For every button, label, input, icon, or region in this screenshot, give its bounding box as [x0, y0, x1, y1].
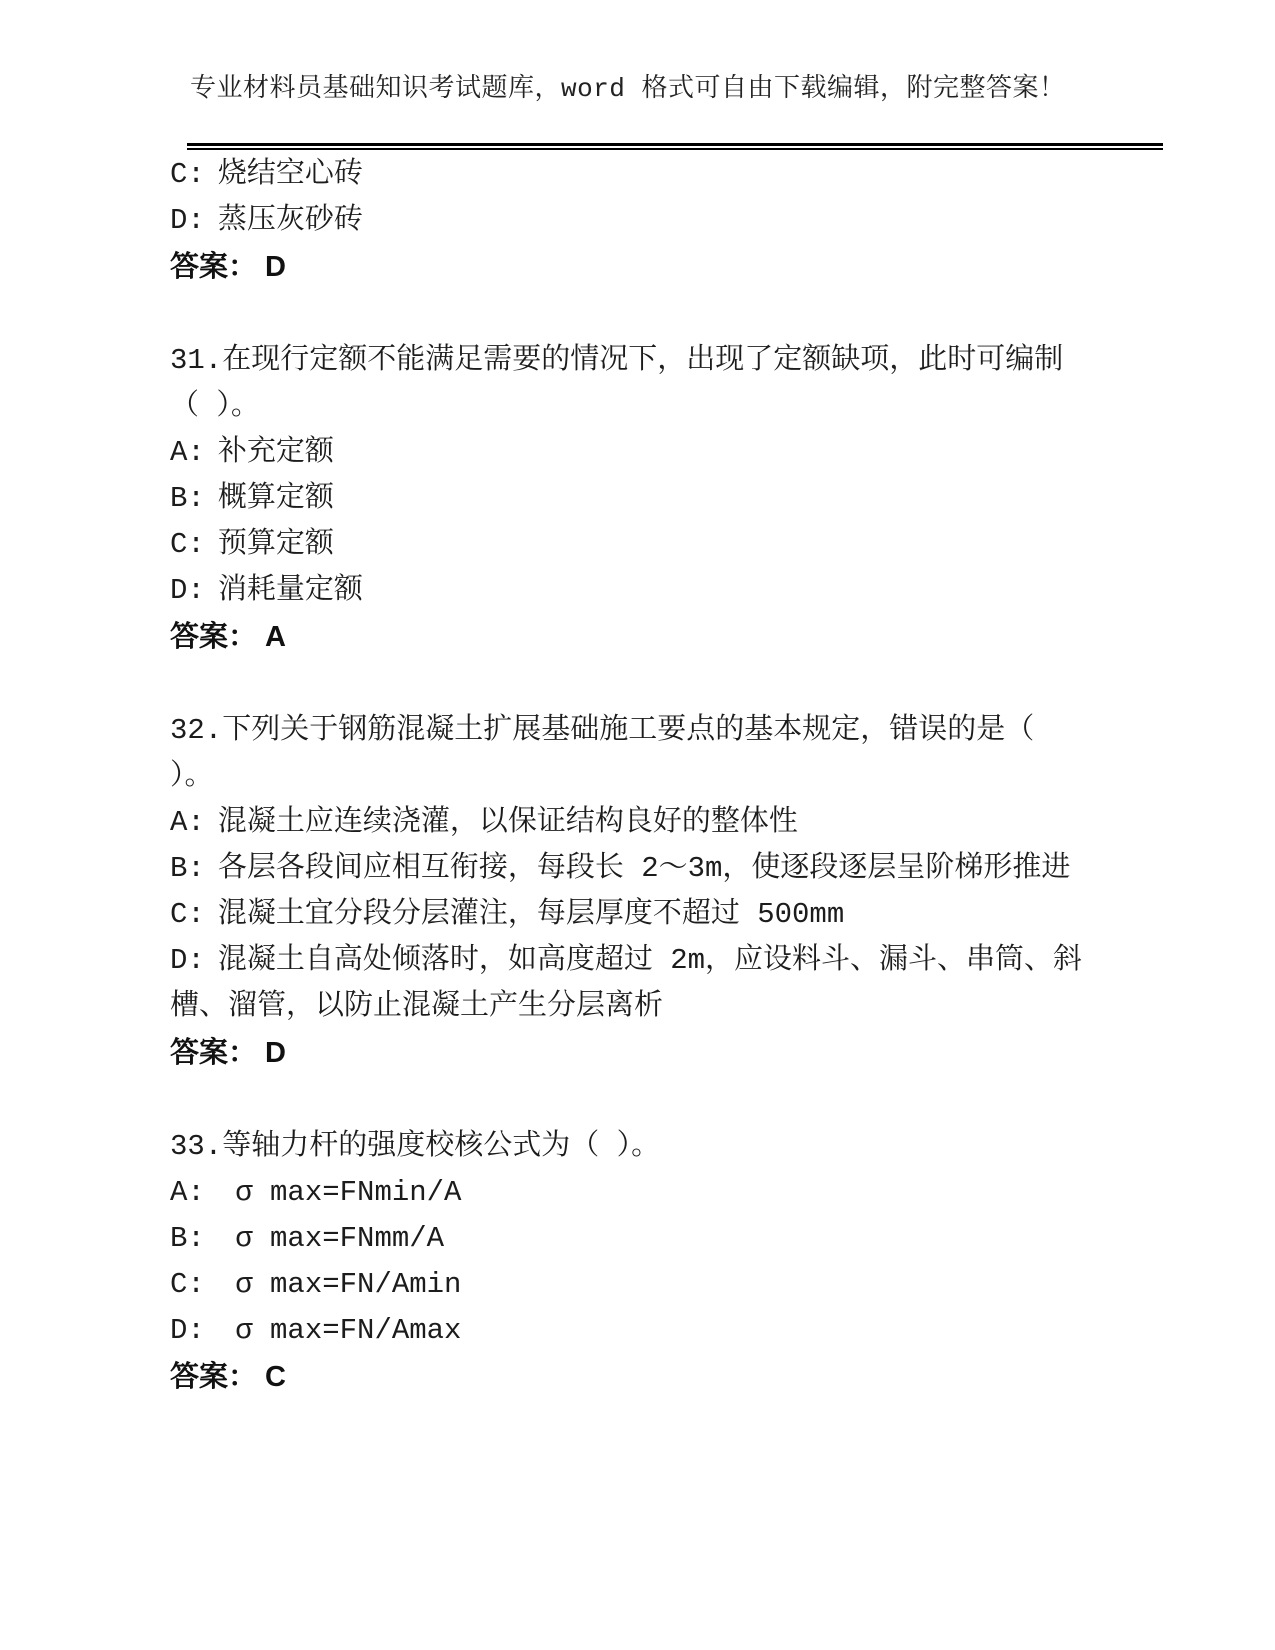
- option-line: A: σ max=FNmin/A: [170, 1170, 1125, 1216]
- option-text: 混凝土应连续浇灌，以保证结构良好的整体性: [218, 806, 798, 839]
- option-text: 概算定额: [218, 482, 334, 515]
- answer-label: 答案：: [170, 1361, 257, 1393]
- option-line: C:烧结空心砖: [170, 152, 1125, 198]
- option-line: D:蒸压灰砂砖: [170, 198, 1125, 244]
- option-label: D:: [170, 1314, 205, 1347]
- answer-label: 答案：: [170, 1037, 257, 1069]
- option-text: σ max=FN/Amax: [218, 1314, 462, 1347]
- option-line: A:混凝土应连续浇灌，以保证结构良好的整体性: [170, 800, 1125, 846]
- answer-line: 答案：C: [170, 1354, 1125, 1400]
- option-label: C:: [170, 1268, 205, 1301]
- option-text: 补充定额: [218, 436, 334, 469]
- option-line: C:混凝土宜分段分层灌注，每层厚度不超过 500mm: [170, 892, 1125, 938]
- option-label: C:: [170, 158, 205, 191]
- option-text: σ max=FNmin/A: [218, 1176, 462, 1209]
- question-block: 32.下列关于钢筋混凝土扩展基础施工要点的基本规定，错误的是（ ）。 A:混凝土…: [170, 708, 1125, 1076]
- option-line: C:预算定额: [170, 522, 1125, 568]
- option-label: A:: [170, 1176, 205, 1209]
- option-text: 消耗量定额: [218, 574, 363, 607]
- option-text: 蒸压灰砂砖: [218, 204, 363, 237]
- option-text: 预算定额: [218, 528, 334, 561]
- option-line: B:各层各段间应相互衔接，每段长 2～3m，使逐段逐层呈阶梯形推进: [170, 846, 1125, 892]
- answer-label: 答案：: [170, 251, 257, 283]
- option-line: A:补充定额: [170, 430, 1125, 476]
- option-text: σ max=FN/Amin: [218, 1268, 462, 1301]
- question-text: 31.在现行定额不能满足需要的情况下，出现了定额缺项，此时可编制 （ ）。: [170, 338, 1125, 430]
- document-content: C:烧结空心砖 D:蒸压灰砂砖 答案：D 31.在现行定额不能满足需要的情况下，…: [170, 152, 1125, 1400]
- option-line: B: σ max=FNmm/A: [170, 1216, 1125, 1262]
- option-line: C: σ max=FN/Amin: [170, 1262, 1125, 1308]
- option-label: C:: [170, 528, 205, 561]
- question-block: C:烧结空心砖 D:蒸压灰砂砖 答案：D: [170, 152, 1125, 290]
- option-line: B:概算定额: [170, 476, 1125, 522]
- option-text: 混凝土自高处倾落时，如高度超过 2m，应设料斗、漏斗、串筒、斜 槽、溜管，以防止…: [170, 944, 1082, 1023]
- option-line: D:消耗量定额: [170, 568, 1125, 614]
- document-page: 专业材料员基础知识考试题库，word 格式可自由下载编辑，附完整答案！ C:烧结…: [0, 0, 1275, 1650]
- header-rule: [187, 143, 1163, 150]
- option-label: D:: [170, 574, 205, 607]
- option-label: B:: [170, 482, 205, 515]
- option-text: 各层各段间应相互衔接，每段长 2～3m，使逐段逐层呈阶梯形推进: [218, 852, 1071, 885]
- option-label: A:: [170, 806, 205, 839]
- option-label: A:: [170, 436, 205, 469]
- option-text: 烧结空心砖: [218, 158, 363, 191]
- option-label: B:: [170, 1222, 205, 1255]
- answer-label: 答案：: [170, 621, 257, 653]
- answer-value: A: [265, 621, 286, 653]
- question-text: 32.下列关于钢筋混凝土扩展基础施工要点的基本规定，错误的是（ ）。: [170, 708, 1125, 800]
- option-line: D: σ max=FN/Amax: [170, 1308, 1125, 1354]
- option-label: B:: [170, 852, 205, 885]
- answer-line: 答案：D: [170, 244, 1125, 290]
- question-block: 31.在现行定额不能满足需要的情况下，出现了定额缺项，此时可编制 （ ）。 A:…: [170, 338, 1125, 660]
- option-label: D:: [170, 204, 205, 237]
- question-text: 33.等轴力杆的强度校核公式为（ ）。: [170, 1124, 1125, 1170]
- answer-value: D: [265, 251, 286, 283]
- option-line: D:混凝土自高处倾落时，如高度超过 2m，应设料斗、漏斗、串筒、斜 槽、溜管，以…: [170, 938, 1125, 1030]
- header-title: 专业材料员基础知识考试题库，word 格式可自由下载编辑，附完整答案！: [190, 72, 1170, 106]
- option-text: σ max=FNmm/A: [218, 1222, 444, 1255]
- answer-value: D: [265, 1037, 286, 1069]
- question-block: 33.等轴力杆的强度校核公式为（ ）。 A: σ max=FNmin/A B: …: [170, 1124, 1125, 1400]
- answer-line: 答案：A: [170, 614, 1125, 660]
- option-label: C:: [170, 898, 205, 931]
- answer-line: 答案：D: [170, 1030, 1125, 1076]
- option-text: 混凝土宜分段分层灌注，每层厚度不超过 500mm: [218, 898, 844, 931]
- answer-value: C: [265, 1361, 286, 1393]
- option-label: D:: [170, 944, 205, 977]
